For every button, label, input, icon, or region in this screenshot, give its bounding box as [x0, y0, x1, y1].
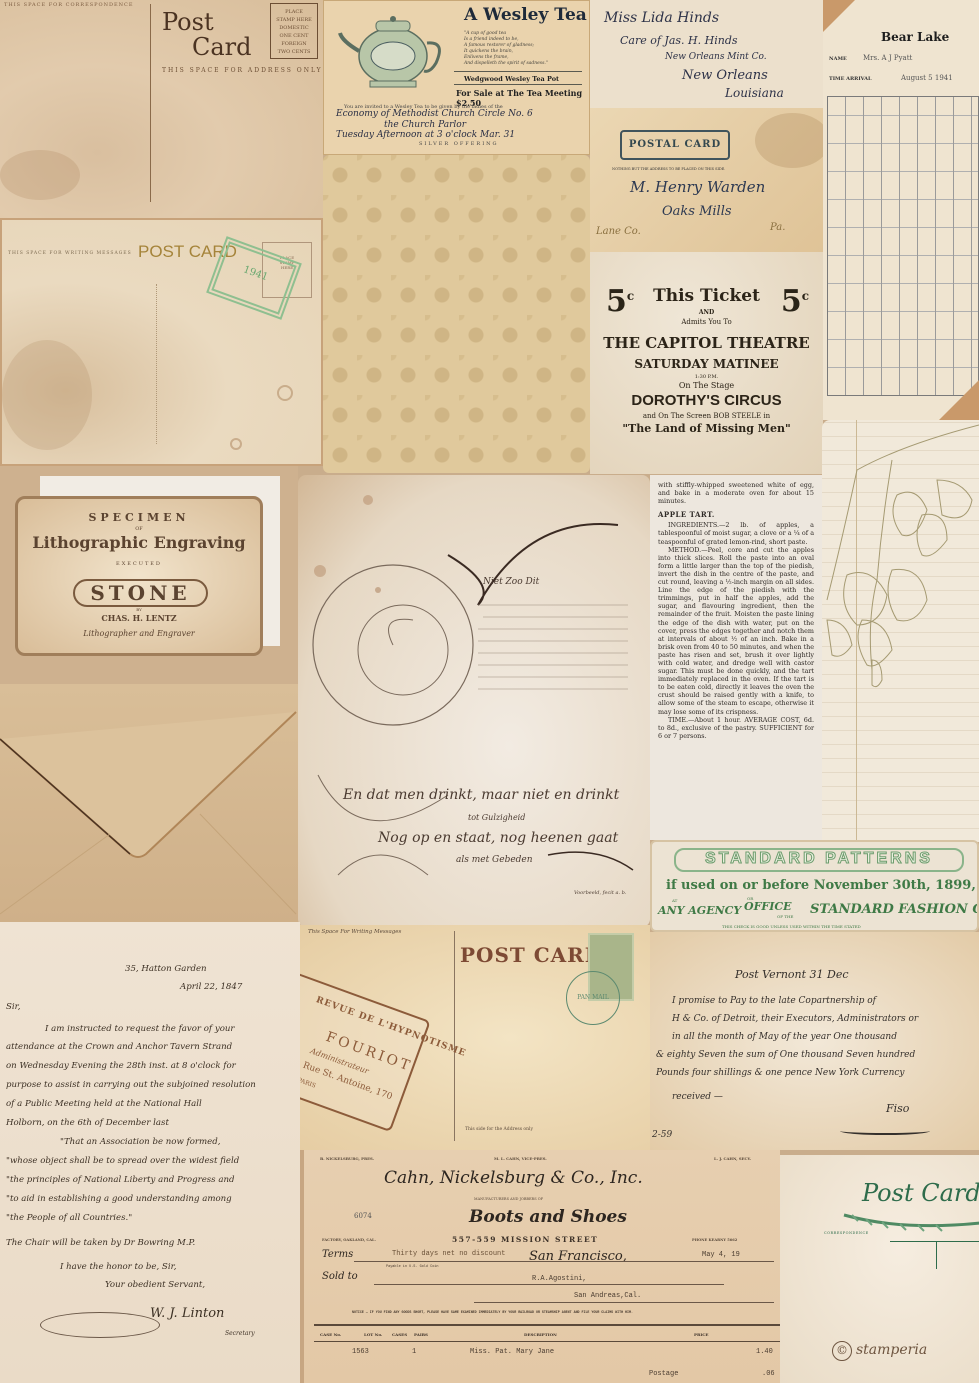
row-amount: .06 — [762, 1370, 775, 1378]
col-lot: LOT No. — [364, 1332, 382, 1337]
calligraphy-signature: Voorbeeld, fecit a. b. — [574, 890, 626, 896]
apple-tart-recipe: with stiffly-whipped sweetened white of … — [650, 475, 822, 840]
divider-line — [150, 4, 151, 202]
agency-label: ANY AGENCY — [658, 904, 741, 917]
specimen-line: BY — [18, 607, 260, 612]
postcard-title: POST CARD — [460, 943, 603, 967]
folded-corner — [939, 380, 979, 420]
handwritten-line: Tuesday Afternoon at 3 o'clock Mar. 31 — [336, 130, 586, 140]
rule — [454, 71, 582, 72]
address-label: This side for the Address only — [465, 1127, 533, 1132]
row-cases: 1 — [412, 1348, 416, 1356]
factory-label: FACTORY, OAKLAND, CAL. — [322, 1238, 376, 1242]
product-line: Boots and Shoes — [469, 1207, 627, 1227]
note: Lane Co. — [596, 226, 641, 237]
invoice-number: 6074 — [354, 1212, 372, 1220]
address-line: New Orleans Mint Co. — [665, 52, 767, 62]
note-line: received — — [672, 1092, 723, 1102]
of-the-label: OF THE — [777, 914, 793, 919]
at-label: AT — [672, 898, 677, 903]
divider-line — [454, 931, 455, 1141]
show-name: DOROTHY'S CIRCUS — [590, 392, 823, 409]
buyer-name: R.A.Agostini, — [532, 1275, 587, 1283]
stamp-line: DOMESTIC — [271, 24, 317, 32]
stage-label: On The Stage — [590, 381, 823, 390]
invoice-table-header: CASE No. LOT No. CASES PAIRS DESCRIPTION… — [314, 1324, 780, 1342]
letter-body-line: "whose object shall be to spread over th… — [6, 1156, 239, 1166]
arrival-value: August 5 1941 — [901, 74, 953, 82]
ticket-line2: AND — [590, 309, 823, 316]
postcard-title: Post Card — [862, 1179, 979, 1207]
specimen-line: SPECIMEN — [18, 511, 260, 524]
letter-body-line: purpose to assist in carrying out the su… — [6, 1080, 256, 1090]
address-line: Care of Jas. H. Hinds — [620, 34, 738, 47]
invoice-date: May 4, 19 — [702, 1251, 740, 1259]
film-title: "The Land of Missing Men" — [590, 422, 823, 435]
note-ref: 2-59 — [652, 1130, 672, 1140]
note-line: & eighty Seven the sum of One thousand S… — [656, 1050, 915, 1060]
note-line: Pounds four shillings & one pence New Yo… — [656, 1068, 905, 1078]
recipe-intro: with stiffly-whipped sweetened white of … — [658, 481, 814, 505]
address-label: THIS SPACE FOR ADDRESS ONLY — [162, 67, 323, 74]
note: Pa. — [770, 222, 785, 233]
stamp-line: STAMP HERE — [271, 16, 317, 24]
row-amount: 1.40 — [756, 1348, 773, 1356]
patterns-banner: STANDARD PATTERNS — [674, 848, 964, 872]
letter-body-line: attendance at the Crown and Anchor Taver… — [6, 1042, 232, 1052]
company-address: 557-559 MISSION STREET — [452, 1235, 598, 1244]
stain — [755, 113, 823, 168]
stain — [2, 340, 92, 450]
stamp-line: TWO CENTS — [271, 48, 317, 56]
teapot-label: Wedgwood Wesley Tea Pot — [464, 75, 559, 83]
ticket-line3: Admits You To — [590, 318, 823, 326]
ticket-line1: This Ticket — [590, 286, 823, 306]
calligraphy-line: En dat men drinkt, maar niet en drinkt — [343, 787, 619, 803]
correspondence-label: THIS SPACE FOR CORRESPONDENCE — [4, 2, 134, 8]
screen-line: and On The Screen BOB STEELE in — [590, 412, 823, 420]
envelope — [0, 684, 298, 924]
calligraphy-line: Nog op en staat, nog heenen gaat — [378, 830, 618, 846]
postcard-green-stamp: THIS SPACE FOR WRITING MESSAGES POST CAR… — [0, 218, 323, 466]
postcard-green: Post Card CORRESPONDENCE ©stamperia — [780, 1155, 979, 1383]
postmark: PAN MAIL — [566, 971, 620, 1025]
row-description: Miss. Pat. Mary Jane — [470, 1348, 554, 1356]
letter-body-line: Holborn, on the 6th of December last — [6, 1118, 169, 1128]
stamp-box: PLACE STAMP HERE DOMESTIC ONE CENT FOREI… — [270, 3, 318, 59]
postcard-title-post: Post — [162, 10, 214, 34]
damask-pattern-paper — [323, 155, 590, 473]
letter-body-line: "the People of all Countries." — [6, 1213, 132, 1223]
promissory-note: Post Vernont 31 Dec I promise to Pay to … — [650, 932, 979, 1150]
theatre-ticket: 5c 5c This Ticket AND Admits You To THE … — [590, 252, 823, 474]
office-label: OFFICE — [744, 900, 792, 913]
poem-line: And dispelleth the spirit of sadness." — [464, 61, 584, 67]
signature-flourish — [40, 1312, 160, 1338]
calligraphy-page: Niet Zoo Dit En dat men drinkt, maar nie… — [298, 475, 650, 927]
stain — [277, 385, 293, 401]
brand-name: stamperia — [856, 1342, 927, 1358]
address-line: Miss Lida Hinds — [604, 10, 719, 26]
letter-body-line: I am instructed to request the favor of … — [45, 1024, 235, 1034]
claims-notice: NOTICE — IF YOU FIND ANY GOODS SHORT, PL… — [352, 1310, 633, 1314]
copyright-stamperia: ©stamperia — [832, 1341, 927, 1361]
postcard-top-left: THIS SPACE FOR CORRESPONDENCE Post Card … — [0, 0, 323, 218]
letter-body-line: "That an Association be now formed, — [60, 1137, 221, 1147]
note-line: H & Co. of Detroit, their Executors, Adm… — [672, 1014, 918, 1024]
boots-shoes-invoice: B. NICKELSBURG, PRES. M. L. CAHN, VICE-P… — [300, 1150, 780, 1383]
letter-body-line: "to aid in establishing a good understan… — [6, 1194, 232, 1204]
hypnotisme-stamp: REVUE DE L'HYPNOTISME FOURIOT Administra… — [300, 972, 431, 1132]
letter-body-line: The Chair will be taken by Dr Bowring M.… — [6, 1238, 195, 1248]
stone-label: STONE — [73, 579, 208, 607]
wesley-tea-card: A Wesley Tea "A cup of good tea Is a fri… — [323, 0, 590, 155]
bear-lake-register: Bear Lake NAME Mrs. A J Pyatt TIME ARRIV… — [823, 0, 979, 420]
note-line: I promise to Pay to the late Copartnersh… — [672, 996, 876, 1006]
postal-card: POSTAL CARD NOTHING BUT THE ADDRESS TO B… — [590, 108, 823, 252]
tea-title: A Wesley Tea — [464, 5, 587, 25]
letter-body-line: of a Public Meeting held at the National… — [6, 1099, 202, 1109]
recipe-ingredients: INGREDIENTS.—2 lb. of apples, a tablespo… — [658, 521, 814, 545]
register-grid — [827, 96, 979, 396]
stamp-line: PARIS — [300, 1077, 317, 1090]
rule — [374, 1284, 724, 1285]
row-description: Postage — [649, 1370, 678, 1378]
recipient-place: Oaks Mills — [662, 204, 732, 219]
specimen-line: CHAS. H. LENTZ — [18, 613, 260, 623]
letter-body-line: "the principles of National Liberty and … — [6, 1175, 235, 1185]
stamp-line: PLACE — [271, 8, 317, 16]
handwritten-line: the Church Parlor — [384, 120, 590, 130]
divider-line — [936, 1241, 937, 1269]
recipe-time: TIME.—About 1 hour. AVERAGE COST, 6d. to… — [658, 716, 814, 740]
stamp-line: ONE CENT — [271, 32, 317, 40]
calligraphy-line: tot Gulzigheid — [468, 813, 525, 822]
postcard-hypnotisme: This Space For Writing Messages POST CAR… — [300, 925, 650, 1150]
name-label: NAME — [829, 56, 847, 62]
stain — [230, 438, 242, 450]
recipe-method: METHOD.—Peel, core and cut the apples in… — [658, 546, 814, 716]
stamp-line: FOREIGN — [271, 40, 317, 48]
company-label: STANDARD FASHION CO. — [810, 902, 979, 917]
signature-flourish — [840, 1127, 930, 1135]
standard-patterns-coupon: STANDARD PATTERNS if used on or before N… — [650, 840, 979, 932]
show-time: 1:30 P.M. — [590, 374, 823, 380]
teapot-icon — [338, 11, 448, 91]
specimen-line: Lithographic Engraving — [18, 533, 260, 552]
col-cases: CASES — [392, 1332, 407, 1337]
row-lot: 1563 — [352, 1348, 369, 1356]
manufacturers-label: MANUFACTURERS AND JOBBERS OF — [474, 1197, 543, 1201]
folded-corner — [823, 0, 855, 32]
signature-title: Secretary — [225, 1330, 255, 1337]
letter-salutation: Sir, — [6, 1002, 21, 1012]
tea-poem: "A cup of good tea Is a friend indeed to… — [464, 31, 584, 67]
rule — [454, 84, 582, 85]
letter-signature: W. J. Linton — [150, 1306, 224, 1321]
postcard-title-card: Card — [192, 33, 252, 61]
rule — [474, 1302, 774, 1303]
offering-label: SILVER OFFERING — [419, 141, 499, 147]
botanical-notebook — [822, 420, 979, 842]
leaf-branch-icon — [822, 420, 979, 842]
matinee: SATURDAY MATINEE — [590, 357, 823, 371]
correspondence-label: CORRESPONDENCE — [824, 1231, 869, 1235]
address-line: New Orleans — [682, 68, 768, 83]
handwritten-line: Economy of Methodist Church Circle No. 6 — [336, 109, 586, 119]
note-heading: Post Vernont 31 Dec — [735, 968, 849, 981]
theatre-name: THE CAPITOL THEATRE — [590, 334, 823, 352]
letter-address: 35, Hatton Garden — [125, 964, 207, 974]
rule — [354, 1261, 774, 1262]
calligraphy-heading: Niet Zoo Dit — [483, 577, 539, 587]
postal-card-banner: POSTAL CARD — [620, 130, 730, 160]
col-pairs: PAIRS — [414, 1332, 428, 1337]
letter-body-line: on Wednesday Evening the 28th inst. at 8… — [6, 1061, 236, 1071]
name-value: Mrs. A J Pyatt — [863, 54, 912, 62]
letter-closing: Your obedient Servant, — [105, 1280, 205, 1290]
invoice-secretary: L. J. CAHN, SECY. — [714, 1156, 751, 1161]
address-letter: Miss Lida Hinds Care of Jas. H. Hinds Ne… — [590, 0, 823, 108]
fine-print: THIS CHECK IS GOOD UNLESS USED WITHIN TH… — [722, 924, 861, 929]
divider-line — [156, 284, 157, 444]
envelope-flap-icon — [0, 684, 298, 924]
phone-label: PHONE KEARNY 5662 — [692, 1238, 737, 1242]
rule — [890, 1241, 979, 1242]
arrival-label: TIME ARRIVAL — [829, 76, 872, 82]
calligraphy-line: als met Gebeden — [456, 855, 533, 865]
recipient-name: M. Henry Warden — [630, 178, 765, 196]
specimen-line: OF — [18, 526, 260, 532]
specimen-line: Lithographer and Engraver — [18, 629, 260, 638]
letter-date: April 22, 1847 — [180, 982, 242, 992]
specimen-card: SPECIMEN OF Lithographic Engraving EXECU… — [15, 496, 263, 656]
terms-value: Thirty days net no discount — [392, 1250, 505, 1258]
company-name: Cahn, Nickelsburg & Co., Inc. — [384, 1168, 643, 1188]
postal-card-fine-print: NOTHING BUT THE ADDRESS TO BE PLACED ON … — [612, 167, 725, 171]
buyer-city: San Andreas,Cal. — [574, 1292, 641, 1300]
expiry-line: if used on or before November 30th, 1899… — [666, 878, 976, 893]
register-title: Bear Lake — [881, 30, 949, 44]
writing-label: THIS SPACE FOR WRITING MESSAGES — [8, 251, 132, 256]
copyright-icon: © — [832, 1341, 852, 1361]
specimen-line: EXECUTED — [18, 561, 260, 567]
col-case: CASE No. — [320, 1332, 341, 1337]
invoice-president: B. NICKELSBURG, PRES. — [320, 1156, 374, 1161]
recipe-heading: APPLE TART. — [658, 511, 814, 519]
handwritten-letter: 35, Hatton Garden April 22, 1847 Sir, I … — [0, 922, 300, 1383]
col-price: PRICE — [694, 1332, 708, 1337]
writing-label: This Space For Writing Messages — [308, 929, 401, 935]
lithographic-specimen: SPECIMEN OF Lithographic Engraving EXECU… — [0, 466, 298, 684]
letter-closing: I have the honor to be, Sir, — [60, 1262, 176, 1272]
note-signature: Fiso — [886, 1102, 909, 1115]
invoice-vice-president: M. L. CAHN, VICE-PRES. — [494, 1156, 547, 1161]
note-line: in all the month of May of the year One … — [672, 1032, 897, 1042]
terms-label: Terms — [322, 1249, 353, 1260]
sold-to-label: Sold to — [322, 1271, 358, 1282]
col-description: DESCRIPTION — [524, 1332, 557, 1337]
stain — [0, 150, 80, 200]
gold-coin-label: Payable in U.S. Gold Coin — [386, 1265, 439, 1269]
laurel-wreath-icon — [842, 1209, 979, 1233]
address-line: Louisiana — [725, 86, 784, 100]
